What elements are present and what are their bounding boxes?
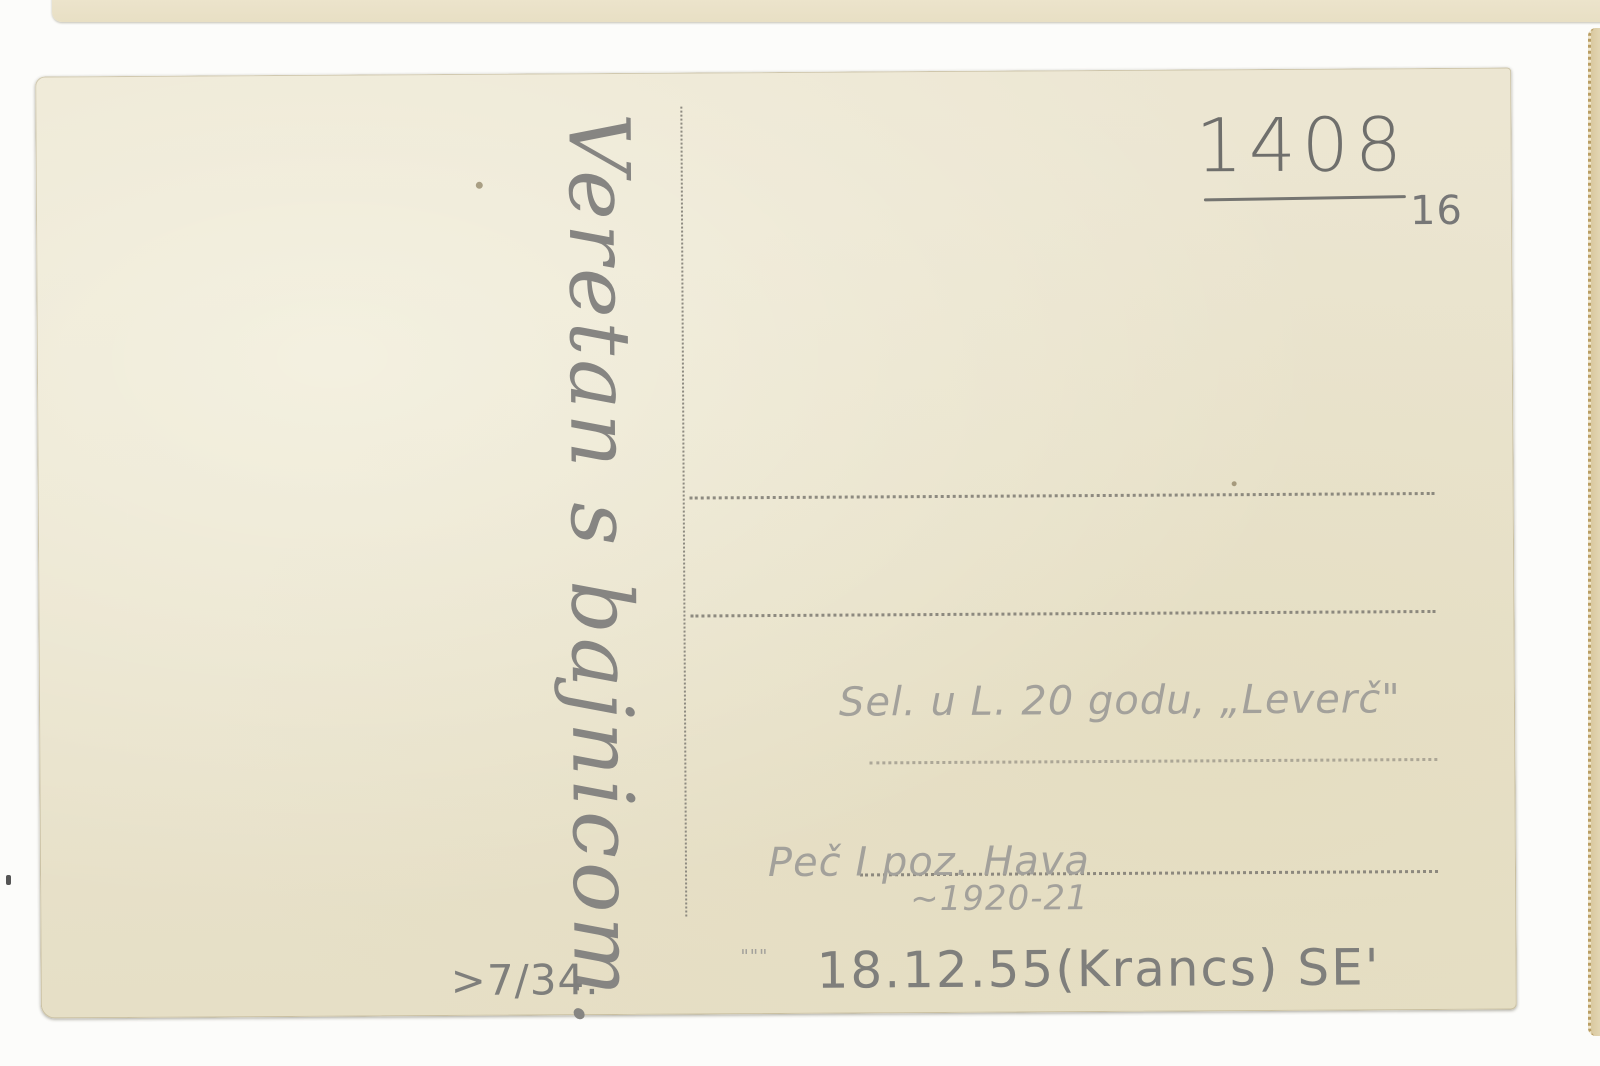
handwritten-date-range: ~1920-21 [910,878,1089,919]
vertical-handwritten-note: Veretan s bajnicom. [549,113,653,1031]
reference-number: >7/34. [451,955,600,1005]
catalog-subnumber: 16 [1410,188,1463,234]
quote-marks: """ [740,946,768,967]
scan-smudge [6,875,11,885]
address-line-3 [869,758,1437,764]
handwritten-note-middle: Sel. u L. 20 godu, „Leverč" [839,676,1401,725]
address-line-2 [690,610,1435,618]
scan-background: 1408 16 Veretan s bajnicom. Sel. u L. 20… [0,0,1600,1066]
postcard-back: 1408 16 Veretan s bajnicom. Sel. u L. 20… [35,68,1517,1019]
catalog-number: 1408 [1195,102,1408,189]
adjacent-card-top [52,0,1600,22]
bottom-date-note: 18.12.55(Krancs) SE' [816,938,1380,999]
address-line-1 [690,492,1435,500]
postcard-divider [680,107,687,917]
catalog-underline [1204,195,1406,201]
paper-speck [1232,481,1237,486]
paper-speck [476,182,483,189]
adjacent-photo-deckled-edge [1588,28,1600,1036]
